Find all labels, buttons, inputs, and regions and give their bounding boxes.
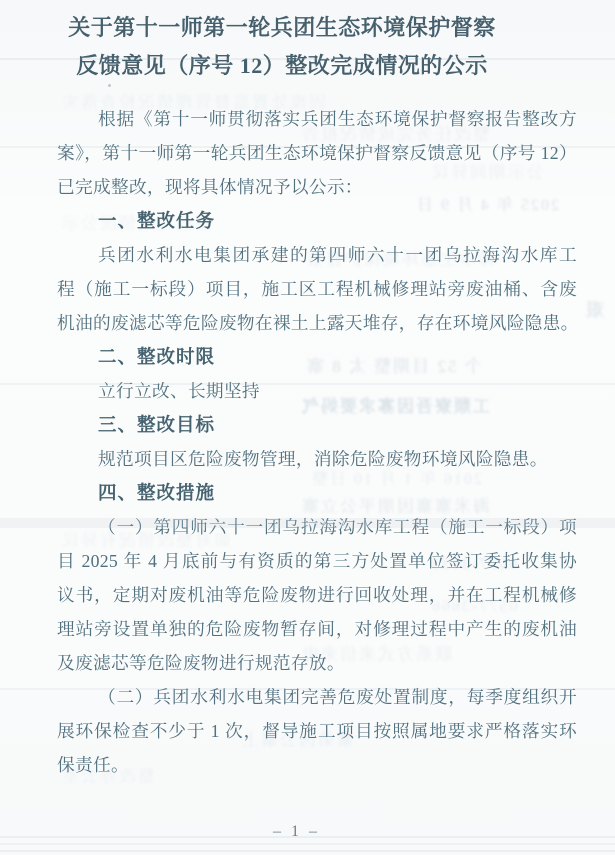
paragraph: （二）兵团水利水电集团完善危废处置制度，每季度组织开展环保检查不少于 1 次，督… xyxy=(57,680,577,782)
section-heading: 一、整改任务 xyxy=(57,204,577,238)
paragraph-line: 案》，第十一师第一轮兵团生态环境保护督察反馈意见（序号 12） xyxy=(57,136,577,170)
paragraph-line: 议书，定期对废机油等危险废物进行回收处理，并在工程机械修 xyxy=(57,578,577,612)
paragraph-line: 程（施工一标段）项目，施工区工程机械修理站旁废油桶、含废 xyxy=(57,272,577,306)
paragraph-line: 展环保检查不少于 1 次，督导施工项目按照属地要求严格落实环 xyxy=(57,714,577,748)
paragraph-line: 兵团水利水电集团承建的第四师六十一团乌拉海沟水库工 xyxy=(57,238,577,272)
paragraph-line: 规范项目区危险废物管理，消除危险废物环境风险隐患。 xyxy=(57,442,577,476)
section-heading: 三、整改目标 xyxy=(57,408,577,442)
section-heading: 二、整改时限 xyxy=(57,340,577,374)
paragraph: （一）第四师六十一团乌拉海沟水库工程（施工一标段）项目 2025 年 4 月底前… xyxy=(57,510,577,680)
page-number: – 1 – xyxy=(0,823,604,841)
paragraph-line: 及废滤芯等危险废物进行规范存放。 xyxy=(57,646,577,680)
document-title-line-2: 反馈意见（序号 12）整改完成情况的公示 xyxy=(22,47,542,85)
document-body: 根据《第十一师贯彻落实兵团生态环境保护督察报告整改方案》，第十一师第一轮兵团生态… xyxy=(57,85,577,782)
paragraph-line: 理站旁设置单独的危险废物暂存间，对修理过程中产生的废机油 xyxy=(57,612,577,646)
paragraph-line: 立行立改、长期坚持 xyxy=(57,374,577,408)
section-heading: 四、整改措施 xyxy=(57,476,577,510)
paragraph-line: 机油的废滤芯等危险废物在裸土上露天堆存，存在环境风险隐患。 xyxy=(57,306,577,340)
paragraph: 规范项目区危险废物管理，消除危险废物环境风险隐患。 xyxy=(57,442,577,476)
paragraph-line: 目 2025 年 4 月底前与有资质的第三方处置单位签订委托收集协 xyxy=(57,544,577,578)
document-content: 关于第十一师第一轮兵团生态环境保护督察 反馈意见（序号 12）整改完成情况的公示… xyxy=(0,0,615,782)
document-title-line-1: 关于第十一师第一轮兵团生态环境保护督察 xyxy=(22,9,542,47)
paragraph: 根据《第十一师贯彻落实兵团生态环境保护督察报告整改方案》，第十一师第一轮兵团生态… xyxy=(57,102,577,204)
document-title: 关于第十一师第一轮兵团生态环境保护督察 反馈意见（序号 12）整改完成情况的公示 xyxy=(22,9,542,85)
paragraph-line: （一）第四师六十一团乌拉海沟水库工程（施工一标段）项 xyxy=(57,510,577,544)
paragraph-line: （二）兵团水利水电集团完善危废处置制度，每季度组织开 xyxy=(57,680,577,714)
paragraph-line: 保责任。 xyxy=(57,748,577,782)
paragraph: 兵团水利水电集团承建的第四师六十一团乌拉海沟水库工程（施工一标段）项目，施工区工… xyxy=(57,238,577,340)
paragraph-line: 已完成整改，现将具体情况予以公示： xyxy=(57,170,577,204)
paragraph-line: 根据《第十一师贯彻落实兵团生态环境保护督察报告整改方 xyxy=(57,102,577,136)
scanned-document-page: 固废处置监督管理情况检查落实整改任务完成情况报告公示期间异议2025 年 4 月… xyxy=(0,0,615,855)
paragraph: 立行立改、长期坚持 xyxy=(57,374,577,408)
